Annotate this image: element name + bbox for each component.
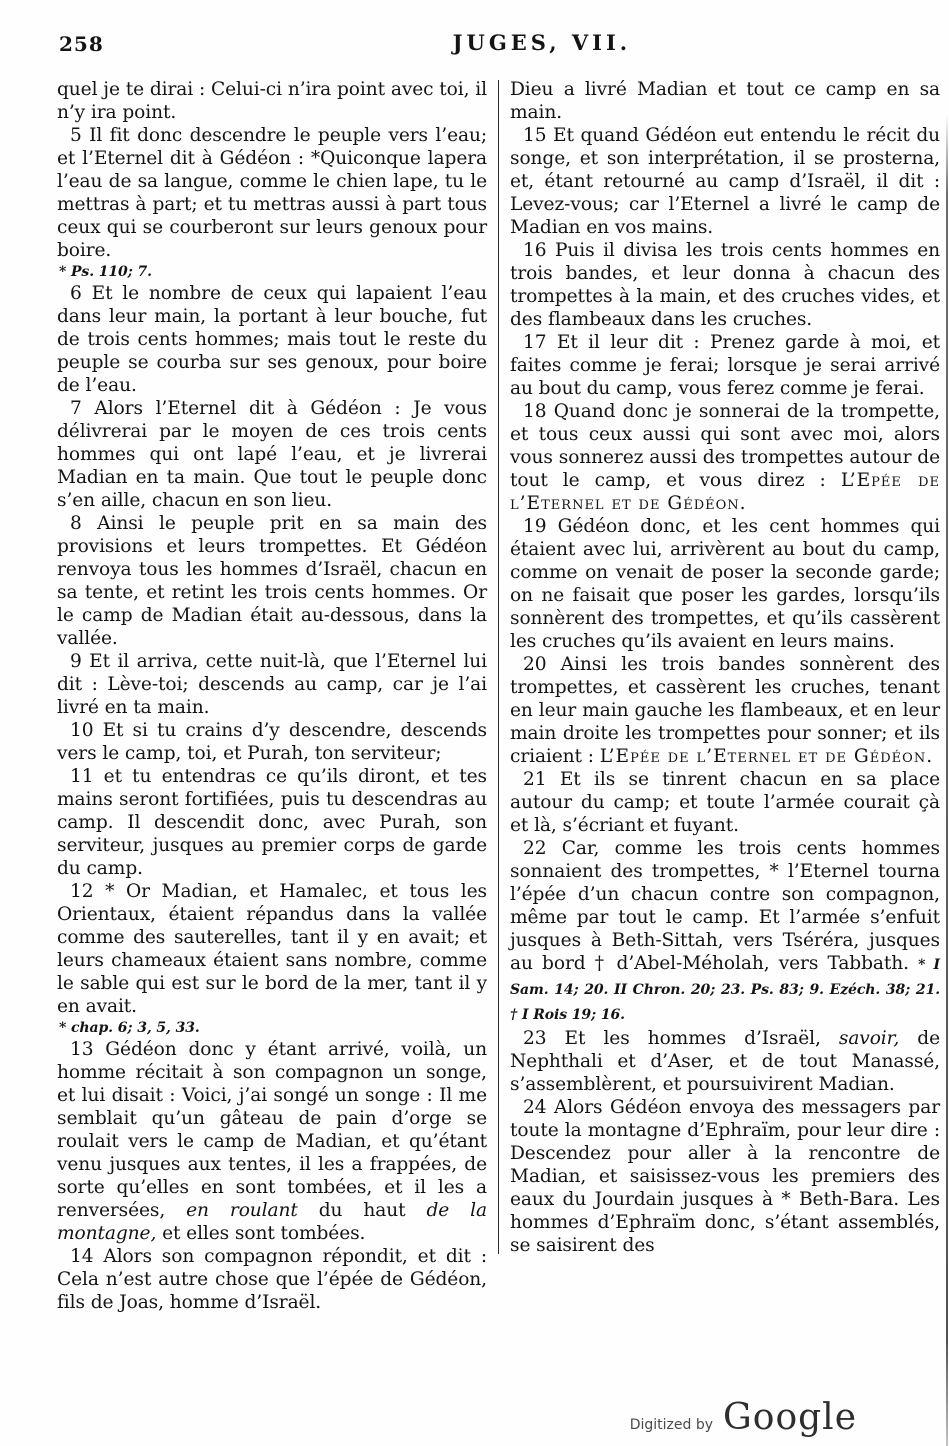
text-run-normal: 19 Gédéon donc, et les cent hommes qui é… [510, 516, 940, 652]
verse-paragraph: 10 Et si tu crains d’y descendre, descen… [57, 719, 487, 765]
verse-paragraph: 6 Et le nombre de ceux qui lapaient l’ea… [57, 282, 487, 397]
text-run-normal: 22 Car, comme les trois cents hommes son… [510, 838, 940, 974]
text-run-normal: 5 Il fit donc descendre le peuple vers l… [57, 125, 487, 261]
verse-paragraph: 20 Ainsi les trois bandes sonnèrent des … [510, 653, 940, 768]
verse-paragraph: 7 Alors l’Eternel dit à Gédéon : Je vous… [57, 397, 487, 512]
page-header: 258 JUGES, VII. [57, 24, 941, 70]
verse-paragraph: 9 Et il arriva, cette nuit-là, que l’Ete… [57, 650, 487, 719]
verse-paragraph: Dieu a livré Madian et tout ce camp en s… [510, 78, 940, 124]
verse-paragraph: 13 Gédéon donc y étant arrivé, voilà, un… [57, 1038, 487, 1245]
running-title: JUGES, VII. [453, 30, 631, 55]
text-run-normal: du haut [298, 1200, 427, 1221]
book-page: 258 JUGES, VII. quel je te dirai : Celui… [0, 0, 949, 1446]
verse-paragraph: 22 Car, comme les trois cents hommes son… [510, 837, 940, 1027]
verse-paragraph: quel je te dirai : Celui-ci n’ira point … [57, 78, 487, 124]
text-run-normal: 17 Et il leur dit : Prenez garde à moi, … [510, 332, 940, 399]
text-run-normal: 8 Ainsi le peuple prit en sa main des pr… [57, 513, 487, 649]
text-run-normal: et elles sont tombées. [156, 1223, 365, 1244]
text-run-normal: Dieu a livré Madian et tout ce camp en s… [510, 79, 940, 123]
verse-paragraph: 11 et tu entendras ce qu’ils diront, et … [57, 765, 487, 880]
google-logo: Google [723, 1397, 857, 1438]
verse-paragraph: 23 Et les hommes d’Israël, savoir, de Ne… [510, 1027, 940, 1096]
verse-paragraph: 12 * Or Madian, et Hamalec, et tous les … [57, 880, 487, 1018]
left-column: quel je te dirai : Celui-ci n’ira point … [57, 78, 487, 1314]
verse-paragraph: 17 Et il leur dit : Prenez garde à moi, … [510, 331, 940, 400]
text-run-normal: 6 Et le nombre de ceux qui lapaient l’ea… [57, 283, 487, 396]
verse-paragraph: 24 Alors Gédéon envoya des messagers par… [510, 1096, 940, 1257]
verse-paragraph: 14 Alors son compagnon répondit, et dit … [57, 1245, 487, 1314]
text-run-footnote: * Ps. 110; 7. [59, 264, 152, 280]
text-run-normal: quel je te dirai : Celui-ci n’ira point … [57, 79, 487, 123]
text-run-normal: 15 Et quand Gédéon eut entendu le récit … [510, 125, 940, 238]
text-run-normal: 13 Gédéon donc y étant arrivé, voilà, un… [57, 1039, 487, 1221]
page-edge-shadow [946, 115, 948, 1446]
text-run-normal: 9 Et il arriva, cette nuit-là, que l’Ete… [57, 651, 487, 718]
text-run-normal: 7 Alors l’Eternel dit à Gédéon : Je vous… [57, 398, 487, 511]
page-number: 258 [59, 32, 104, 56]
column-divider-rule [498, 80, 499, 1254]
text-run-smallcaps: L’Epée de l’Eternel et de Gédéon. [600, 746, 933, 767]
right-column: Dieu a livré Madian et tout ce camp en s… [510, 78, 940, 1314]
text-run-normal: 21 Et ils se tinrent chacun en sa place … [510, 769, 940, 836]
digitized-by-label: Digitized by [630, 1417, 713, 1433]
verse-paragraph: 19 Gédéon donc, et les cent hommes qui é… [510, 515, 940, 653]
verse-paragraph: 18 Quand donc je sonnerai de la trompett… [510, 400, 940, 515]
text-run-italic: en roulant [186, 1200, 298, 1221]
text-run-normal: 14 Alors son compagnon répondit, et dit … [57, 1246, 487, 1313]
text-run-italic: savoir, [839, 1028, 899, 1049]
text-columns: quel je te dirai : Celui-ci n’ira point … [57, 78, 941, 1314]
text-run-normal: 12 * Or Madian, et Hamalec, et tous les … [57, 881, 487, 1017]
page-footer: Digitized by Google [630, 1397, 857, 1438]
verse-paragraph: 21 Et ils se tinrent chacun en sa place … [510, 768, 940, 837]
verse-paragraph: 5 Il fit donc descendre le peuple vers l… [57, 124, 487, 262]
text-run-normal: 11 et tu entendras ce qu’ils diront, et … [57, 766, 487, 879]
text-run-normal: 10 Et si tu crains d’y descendre, descen… [57, 720, 487, 764]
text-run-normal: 23 Et les hommes d’Israël, [523, 1028, 839, 1049]
text-run-normal: 16 Puis il divisa les trois cents hommes… [510, 240, 940, 330]
verse-paragraph: 15 Et quand Gédéon eut entendu le récit … [510, 124, 940, 239]
footnote: * Ps. 110; 7. [57, 262, 487, 282]
text-run-footnote: * chap. 6; 3, 5, 33. [59, 1020, 200, 1036]
verse-paragraph: 16 Puis il divisa les trois cents hommes… [510, 239, 940, 331]
footnote: * chap. 6; 3, 5, 33. [57, 1018, 487, 1038]
verse-paragraph: 8 Ainsi le peuple prit en sa main des pr… [57, 512, 487, 650]
text-run-normal: 24 Alors Gédéon envoya des messagers par… [510, 1097, 940, 1256]
